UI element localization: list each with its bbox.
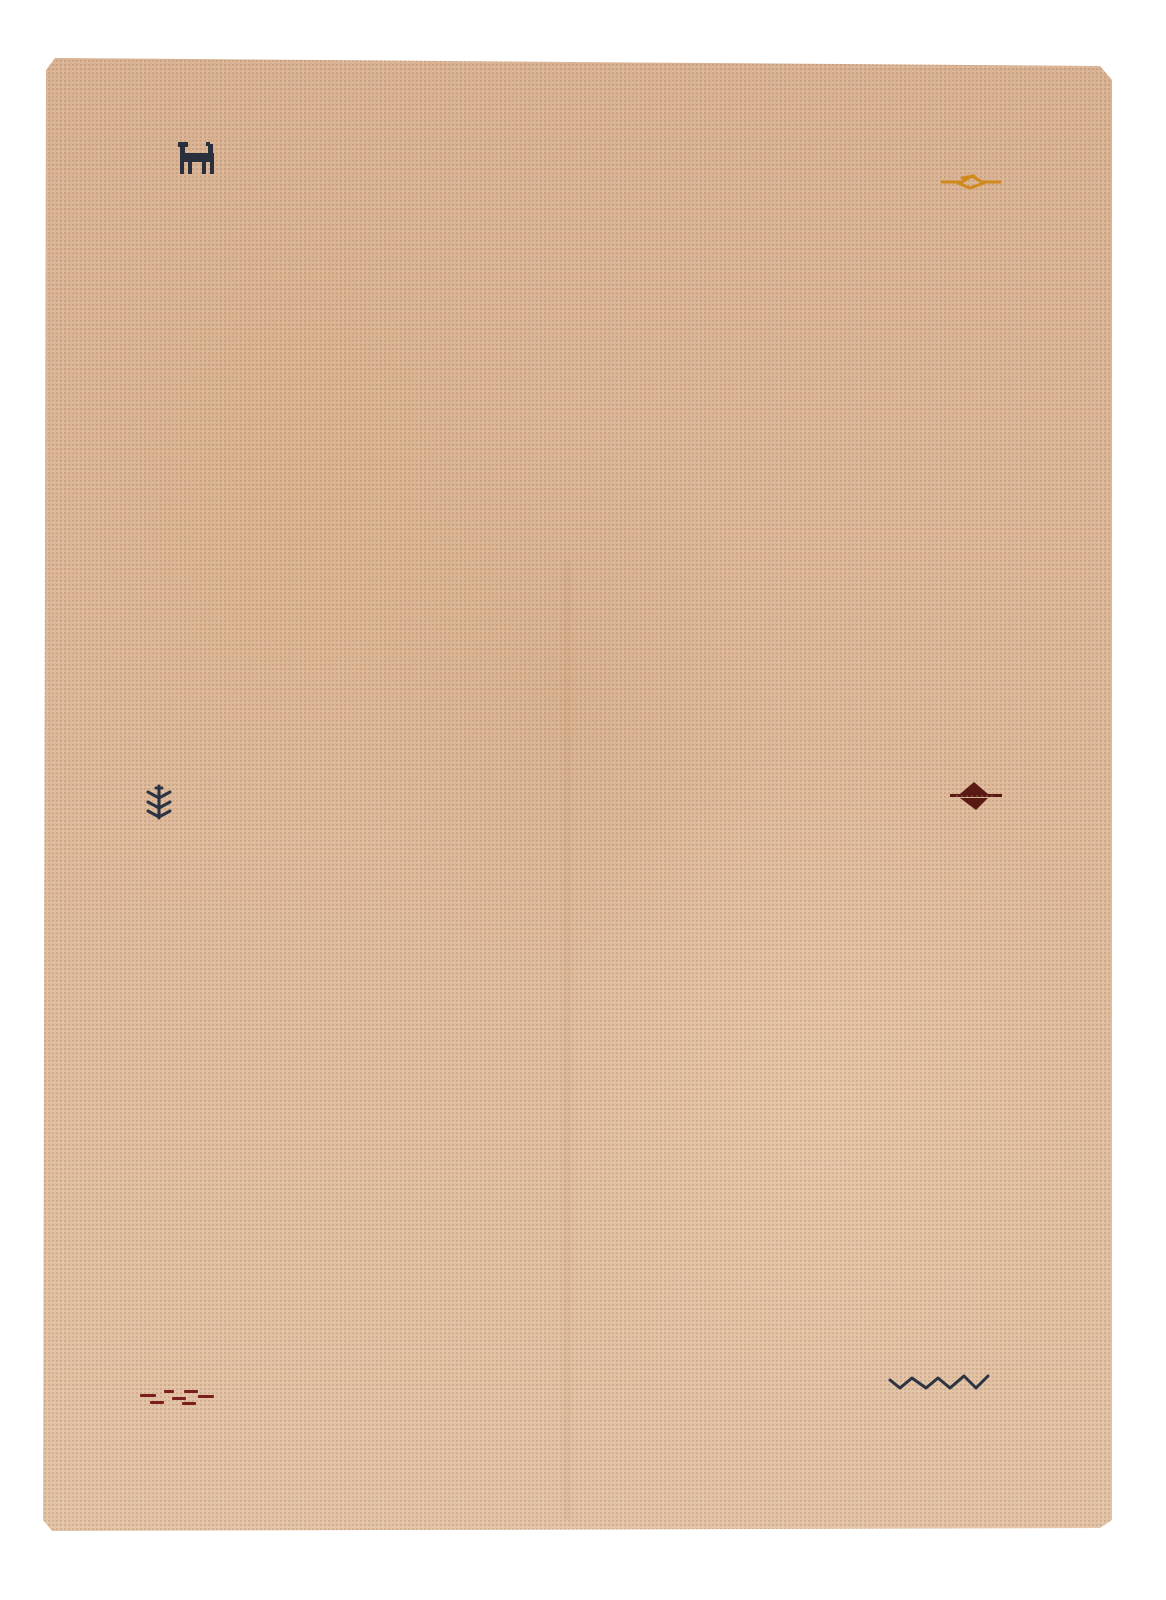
zigzag-motif-icon [888,1370,992,1394]
animal-motif-icon [176,138,218,176]
dashes-motif-icon [140,1388,220,1410]
diamond-motif-icon [948,780,1004,812]
rug-pile-shading [560,560,574,1520]
rug-image [0,0,1166,1600]
tree-motif-icon [145,784,173,820]
diamond-motif-icon [940,174,1002,190]
